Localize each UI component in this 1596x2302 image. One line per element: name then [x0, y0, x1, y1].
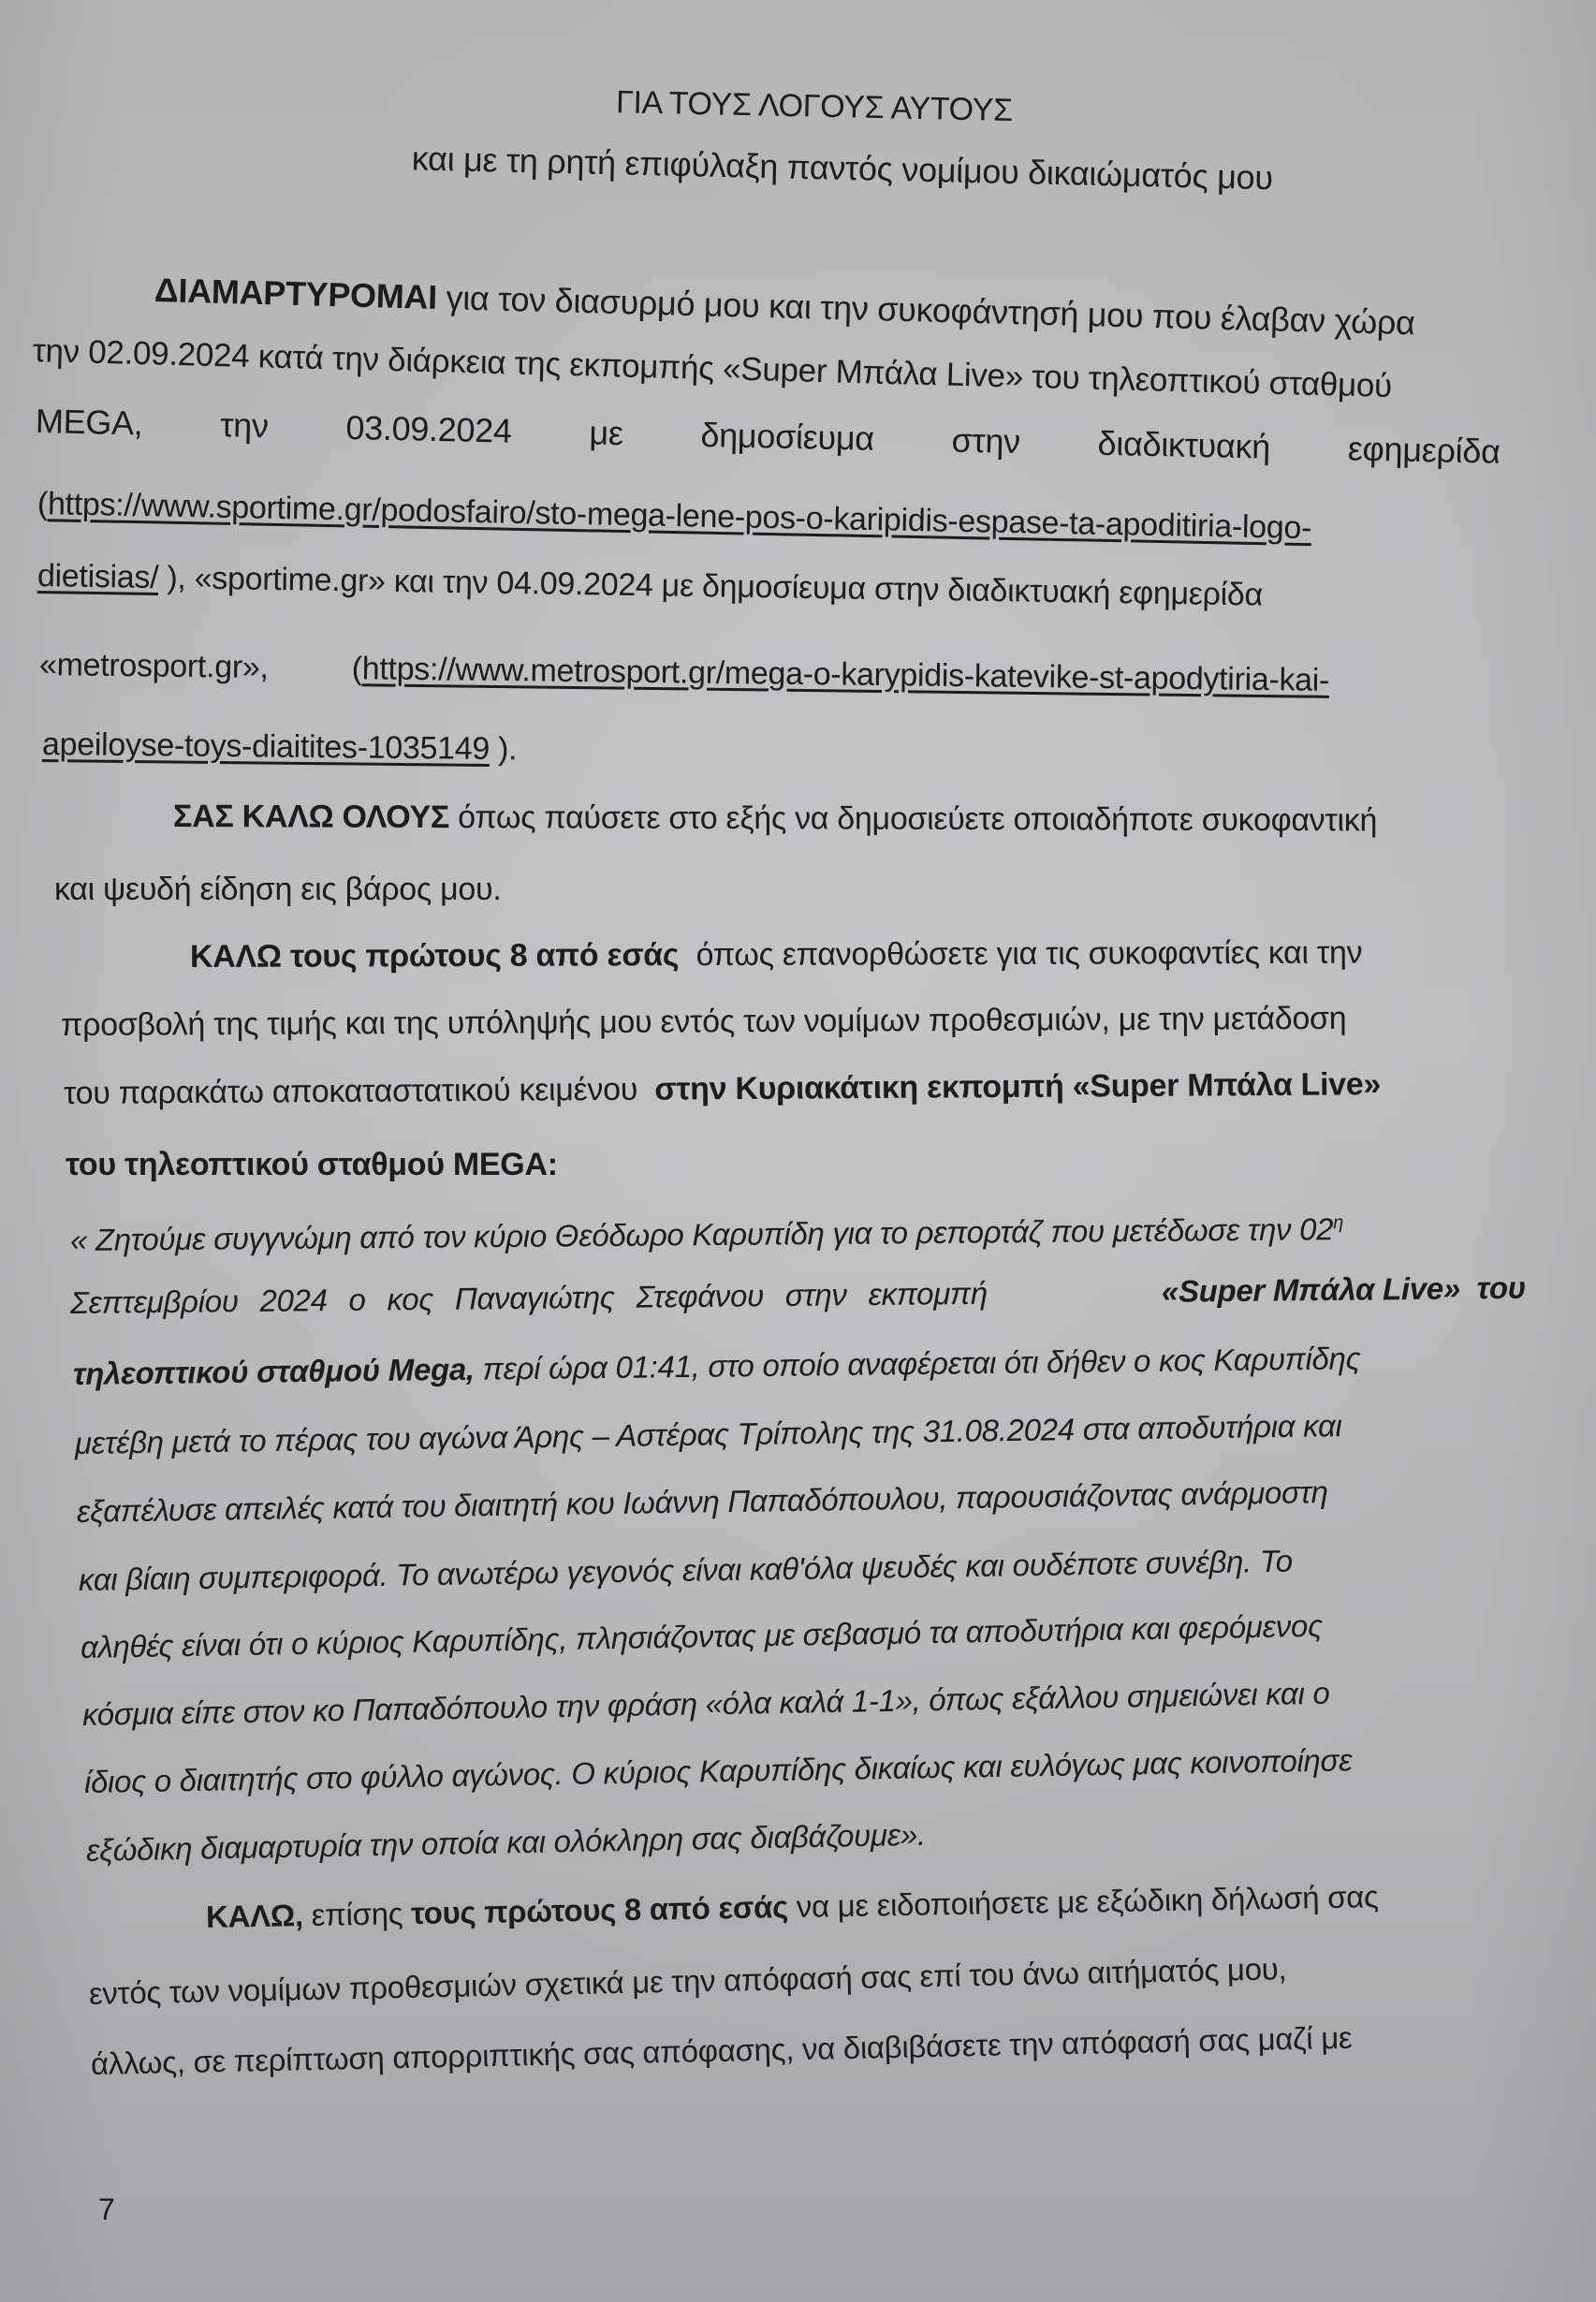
- quote-line-8: κόσμια είπε στον κο Παπαδόπουλο την φράσ…: [82, 1671, 1538, 1734]
- call-notify-line-3: άλλως, σε περίπτωση απορριπτικής σας από…: [91, 2016, 1542, 2083]
- quote-line-3: τηλεοπτικού σταθμού Mega, περί ώρα 01:41…: [73, 1338, 1529, 1393]
- call-all-line-2: και ψευδή είδηση εις βάρος μου.: [54, 871, 710, 908]
- sportime-link[interactable]: https://www.sportime.gr/podosfairo/sto-m…: [48, 486, 1312, 546]
- protest-line-5: dietisias/ ), «sportime.gr» και την 04.0…: [37, 557, 1507, 618]
- quote-line-6: και βίαιη συμπεριφορά. Το ανωτέρω γεγονό…: [79, 1539, 1534, 1599]
- call-all-keyword: ΣΑΣ ΚΑΛΩ ΟΛΟΥΣ: [173, 799, 449, 835]
- page-number: 7: [98, 2191, 136, 2228]
- protest-line-1: ΔΙΑΜΑΡΤΥΡΟΜΑΙ για τον διασυρμό μου και τ…: [154, 271, 1502, 345]
- metrosport-link[interactable]: https://www.metrosport.gr/mega-o-karypid…: [362, 651, 1330, 698]
- call-notify-line-1: ΚΑΛΩ, επίσης τους πρώτους 8 από εσάς να …: [206, 1875, 1535, 1936]
- call-notify-line-2: εντός των νομίμων προθεσμιών σχετικά με …: [89, 1945, 1540, 2013]
- call-first-line-3: του παρακάτω αποκαταστατικού κειμένου στ…: [64, 1064, 1524, 1112]
- quote-line-5: εξαπέλυσε απειλές κατά του διαιτητή κου …: [77, 1471, 1532, 1531]
- quote-line-9: ίδιος ο διαιτητής στο φύλλο αγώνος. Ο κύ…: [84, 1738, 1545, 1801]
- protest-line-3: MEGA, την 03.09.2024 με δημοσίευμα στην …: [36, 403, 1501, 471]
- protest-line-6: «metrosport.gr», (https://www.metrosport…: [39, 646, 1518, 701]
- protest-line-7: apeiloyse-toys-diaitites-1035149 ).: [42, 726, 791, 770]
- call-first-line-1: ΚΑΛΩ τους πρώτους 8 από εσάς όπως επανορ…: [190, 933, 1519, 975]
- quote-line-1: « Ζητούμε συγγνώμη από τον κύριο Θεόδωρο…: [70, 1202, 1526, 1259]
- protest-keyword: ΔΙΑΜΑΡΤΥΡΟΜΑΙ: [154, 271, 437, 316]
- call-all-line-1: ΣΑΣ ΚΑΛΩ ΟΛΟΥΣ όπως παύσετε στο εξής να …: [173, 798, 1512, 840]
- protest-line-2: την 02.09.2024 κατά την διάρκεια της εκπ…: [32, 332, 1498, 408]
- sportime-link-continued[interactable]: dietisias/: [37, 558, 159, 595]
- quote-line-4: μετέβη μετά το πέρας του αγώνα Άρης – Ασ…: [75, 1404, 1530, 1462]
- call-first-line-2: προσβολή της τιμής και της υπόληψής μου …: [61, 999, 1521, 1044]
- section-heading: ΓΙΑ ΤΟΥΣ ΛΟΓΟΥΣ ΑΥΤΟΥΣ: [562, 82, 1068, 130]
- document-page: ΓΙΑ ΤΟΥΣ ΛΟΓΟΥΣ ΑΥΤΟΥΣ και με τη ρητή επ…: [0, 0, 1596, 2302]
- quote-line-7: αληθές είναι ότι ο κύριος Καρυπίδης, πλη…: [81, 1604, 1536, 1666]
- protest-line-4: (https://www.sportime.gr/podosfairo/sto-…: [37, 485, 1498, 550]
- quote-line-10: εξώδικη διαμαρτυρία την οποία και ολόκλη…: [86, 1812, 1117, 1869]
- call-first-line-4: του τηλεοπτικού σταθμού MEGA:: [66, 1146, 721, 1183]
- metrosport-link-continued[interactable]: apeiloyse-toys-diaitites-1035149: [42, 726, 490, 767]
- section-subheading: και με τη ρητή επιφύλαξη παντός νομίμου …: [356, 139, 1330, 198]
- call-first-keyword: ΚΑΛΩ τους πρώτους 8 από εσάς: [190, 937, 679, 975]
- quote-line-2: Σεπτεμβρίου 2024 ο κος Παναγιώτης Στεφάν…: [70, 1269, 1526, 1322]
